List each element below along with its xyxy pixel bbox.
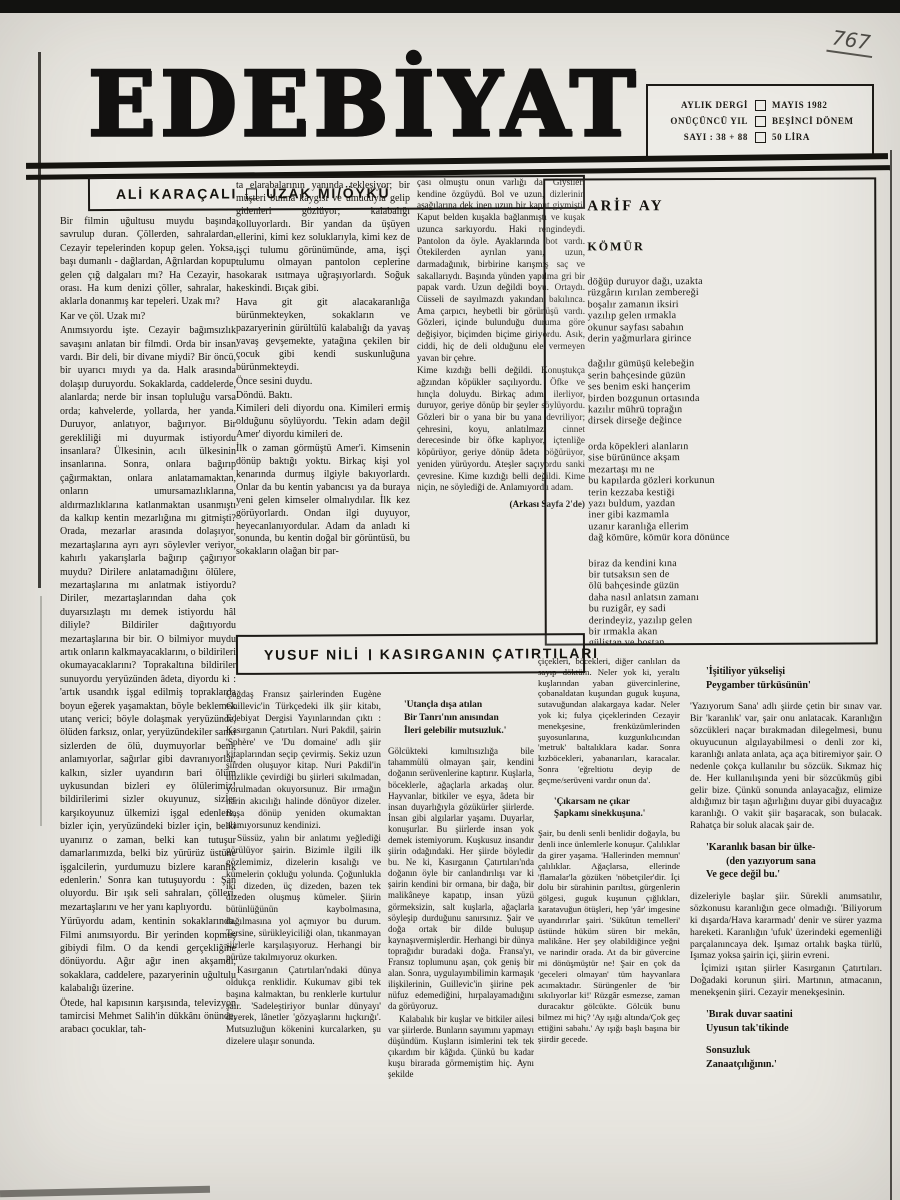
checkbox-icon xyxy=(755,116,766,127)
article1-author: ALİ KARAÇALI xyxy=(116,185,237,202)
text-block: Çağdaş Fransız şairlerinden Eugène Guill… xyxy=(226,690,381,833)
text-block: Anımsıyordu işte. Cezayir bağımsızlık sa… xyxy=(60,324,236,914)
article1-column-2: ta elarabalarının yanında tekleşiyor; bi… xyxy=(236,180,410,630)
text-block: biraz da kendini kına bir tutsaksın sen … xyxy=(589,557,866,646)
text-block: dağılır gümüşü kelebeğin serin bahçesind… xyxy=(588,358,865,427)
info-row-frequency: AYLIK DERGİ MAYIS 1982 xyxy=(656,100,864,111)
info-label: SAYI : 38 + 88 xyxy=(656,132,752,142)
text-block: Döndü. Baktı. xyxy=(236,390,410,403)
checkbox-icon xyxy=(755,100,766,111)
info-row-year: ONÜÇÜNCÜ YIL BEŞİNCİ DÖNEM xyxy=(656,116,864,127)
text-block: Önce sesini duydu. xyxy=(236,376,410,389)
info-label: AYLIK DERGİ xyxy=(656,100,752,110)
text-block: 'Karanlık basan bir ülke- (den yazıyorum… xyxy=(690,841,882,882)
text-block: 'İşitiliyor yükselişi Peygamber türküsün… xyxy=(690,665,882,692)
text-block: Sonsuzluk Zanaatçılığının.' xyxy=(690,1044,882,1071)
text-block: 'Utançla dışa atılan Bir Tanrı'nın anısı… xyxy=(388,699,534,737)
article2-author: YUSUF NİLİ xyxy=(264,646,360,663)
text-block: 'Bırak duvar saatini Uyusun tak'tikinde xyxy=(690,1008,882,1035)
text-block: Gölcükteki kımıltısızlığa bile tahammülü… xyxy=(388,746,534,1012)
article2-column-1: Çağdaş Fransız şairlerinden Eugène Guill… xyxy=(226,690,381,1194)
info-value: 50 LİRA xyxy=(768,132,864,142)
text-block: orda köpekleri alanların sise bürününce … xyxy=(588,440,865,544)
checkbox-icon xyxy=(369,649,371,660)
scan-top-edge xyxy=(0,0,900,13)
article1-column-1: Bir filmin uğultusu muydu başında savrul… xyxy=(60,215,236,1137)
article2-column-4: 'İşitiliyor yükselişi Peygamber türküsün… xyxy=(690,656,882,1194)
poem-box: ARİF AY KÖMÜR döğüp duruyor dağı, uzakta… xyxy=(543,177,878,645)
issue-info-box: AYLIK DERGİ MAYIS 1982 ONÜÇÜNCÜ YIL BEŞİ… xyxy=(646,84,874,158)
info-value: MAYIS 1982 xyxy=(768,100,864,110)
text-block: çiçekleri, böcekleri, diğer canlıları da… xyxy=(538,656,680,786)
info-label: ONÜÇÜNCÜ YIL xyxy=(656,116,752,126)
text-block: Kalabalık bir kuşlar ve bitkiler ailesi … xyxy=(388,1014,534,1081)
scan-artifact xyxy=(0,1186,210,1197)
text-block: Yürüyordu adam, kentinin sokaklarında. F… xyxy=(60,915,236,995)
magazine-page: 767 EDEBİYAT AYLIK DERGİ MAYIS 1982 ONÜÇ… xyxy=(0,0,900,1200)
text-block: Şair, bu denli senli benlidir doğayla, b… xyxy=(538,828,680,1044)
text-block: 'Çıkarsam ne çıkar Şapkamı sinekkuşuna.' xyxy=(538,795,680,820)
scan-left-edge-line xyxy=(38,52,41,588)
text-block: Kimileri deli diyordu ona. Kimileri ermi… xyxy=(236,403,410,442)
text-block: Kasırganın Çatırtıları'ndaki dünya olduk… xyxy=(226,966,381,1049)
article2-column-2: 'Utançla dışa atılan Bir Tanrı'nın anısı… xyxy=(388,690,534,1194)
text-block: 'Yazıyorum Sana' adlı şiirde çetin bir s… xyxy=(690,701,882,832)
article2-column-3: çiçekleri, böcekleri, diğer canlıları da… xyxy=(538,656,680,1194)
info-row-issue: SAYI : 38 + 88 50 LİRA xyxy=(656,132,864,143)
text-block: Hava git git alacakaranlığa bürünmekteyk… xyxy=(236,297,410,374)
poem-body: döğüp duruyor dağı, uzakta rüzgârın kırı… xyxy=(588,275,866,645)
text-block: İlk o zaman görmüştü Amer'i. Kimsenin dö… xyxy=(236,443,410,559)
info-value: BEŞİNCİ DÖNEM xyxy=(768,116,864,126)
text-block: Bir filmin uğultusu muydu başında savrul… xyxy=(60,215,236,309)
checkbox-icon xyxy=(755,132,766,143)
poem-title: KÖMÜR xyxy=(587,238,864,254)
text-block: Kar ve çöl. Uzak mı? xyxy=(60,310,236,323)
handwritten-page-number: 767 xyxy=(826,25,875,58)
scan-right-edge-line xyxy=(890,150,892,1200)
poem-author: ARİF AY xyxy=(587,197,864,215)
text-block: dizeleriyle başlar şiir. Sürekli anımsat… xyxy=(690,891,882,962)
scan-artifact xyxy=(40,596,42,826)
text-block: İçimizi ışıtan şiirler Kasırganın Çatırt… xyxy=(690,963,882,999)
text-block: döğüp duruyor dağı, uzakta rüzgârın kırı… xyxy=(588,275,865,344)
article2-header: YUSUF NİLİ KASIRGANIN ÇATIRTILARI xyxy=(236,633,585,675)
text-block: Süssüz, yalın bir anlatımı yeğlediği gör… xyxy=(226,834,381,965)
text-block: ta elarabalarının yanında tekleşiyor; bi… xyxy=(236,180,410,296)
text-block: Ötede, hal kapısının karşısında, televiz… xyxy=(60,997,236,1037)
masthead-title: EDEBİYAT xyxy=(88,57,648,159)
